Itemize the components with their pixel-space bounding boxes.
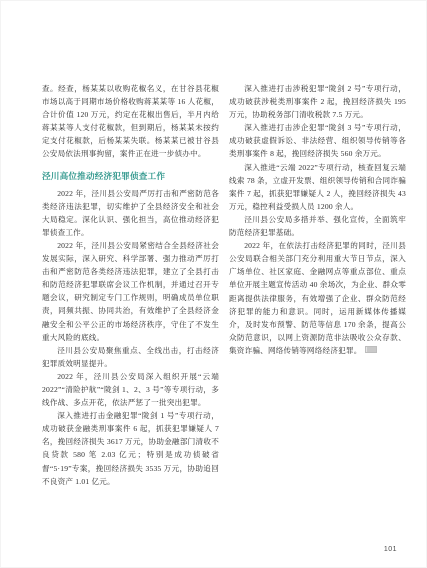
article-paragraph: 深入推进“云端 2022”专项行动，核查回复云端线索 78 条，立虚开发票、组织… <box>229 161 406 213</box>
article-paragraph: 2022 年，在依法打击经济犯罪的同时，泾川县公安局联合相关部门充分利用重大节日… <box>229 239 406 357</box>
left-column: 查。经查，杨某某以收购花椒名义，在甘谷县花椒市场以高于同期市场价格收购蒋某某等 … <box>42 82 219 488</box>
article-paragraph: 深入推进打击涉税犯罪“陇剑 2 号”专项行动，成功破获涉税类刑事案件 2 起，挽… <box>229 82 406 121</box>
article-title: 泾川高位推动经济犯罪侦查工作 <box>42 170 219 182</box>
article-paragraph: 深入推进打击涉企犯罪“陇剑 3 号”专项行动，成功破获虚假诉讼、非法经营、组织领… <box>229 121 406 160</box>
article-paragraph: 泾川县公安局多措并举、强化宣传，全面筑牢防范经济犯罪基础。 <box>229 213 406 239</box>
text-columns: 查。经查，杨某某以收购花椒名义，在甘谷县花椒市场以高于同期市场价格收购蒋某某等 … <box>42 82 406 488</box>
article-paragraph: 2022 年，泾川县公安局紧密结合全县经济社会发展实际，深入研究、科学部署、强力… <box>42 239 219 344</box>
article-paragraph: 2022 年，泾川县公安局严厉打击和严密防范各类经济违法犯罪，切实维护了全县经济… <box>42 187 219 239</box>
article-paragraph: 2022 年，泾川县公安局深入组织开展“云端 2022”“清险护航”“陇剑 1、… <box>42 370 219 409</box>
article-paragraph: 深入推进打击金融犯罪“陇剑 1 号”专项行动，成功破获金融类刑事案件 6 起，抓… <box>42 409 219 488</box>
end-of-article-icon <box>365 346 377 353</box>
right-column: 深入推进打击涉税犯罪“陇剑 2 号”专项行动，成功破获涉税类刑事案件 2 起，挽… <box>229 82 406 488</box>
article-paragraph-text: 2022 年，在依法打击经济犯罪的同时，泾川县公安局联合相关部门充分利用重大节日… <box>229 241 406 355</box>
article-paragraph: 泾川县公安局聚焦重点、全线出击，打击经济犯罪质效明显提升。 <box>42 344 219 370</box>
page-number: 101 <box>384 546 397 553</box>
previous-article-continuation: 查。经查，杨某某以收购花椒名义，在甘谷县花椒市场以高于同期市场价格收购蒋某某等 … <box>42 82 219 161</box>
document-page: 查。经查，杨某某以收购花椒名义，在甘谷县花椒市场以高于同期市场价格收购蒋某某等 … <box>0 0 427 568</box>
